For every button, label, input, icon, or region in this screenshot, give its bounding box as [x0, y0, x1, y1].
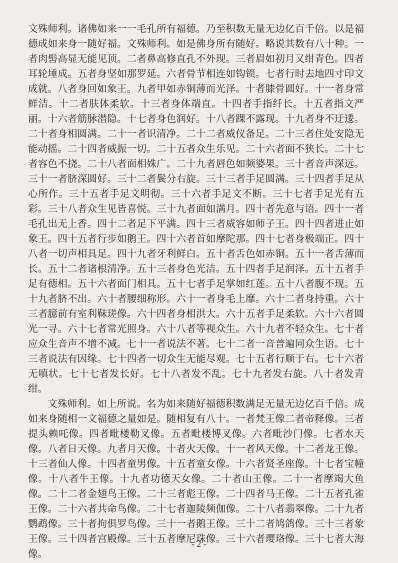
paragraph-minor-marks: 文殊师利。诸佛如来一一毛孔所有福德。乃至积数无量无边亿百千倍。以是福德成如来身一…	[28, 22, 364, 397]
page-number: - 2 -	[0, 539, 398, 549]
document-page: 文殊师利。诸佛如来一一毛孔所有福德。乃至积数无量无边亿百千倍。以是福德成如来身一…	[0, 0, 398, 563]
text-block: 文殊师利。诸佛如来一一毛孔所有福德。乃至积数无量无边亿百千倍。以是福德成如来身一…	[28, 22, 364, 562]
paragraph-eighty-images: 文殊师利。如上所说。名为如来随好福德积数满足无量无边亿百千倍。成如来身随相一文福…	[28, 397, 364, 562]
